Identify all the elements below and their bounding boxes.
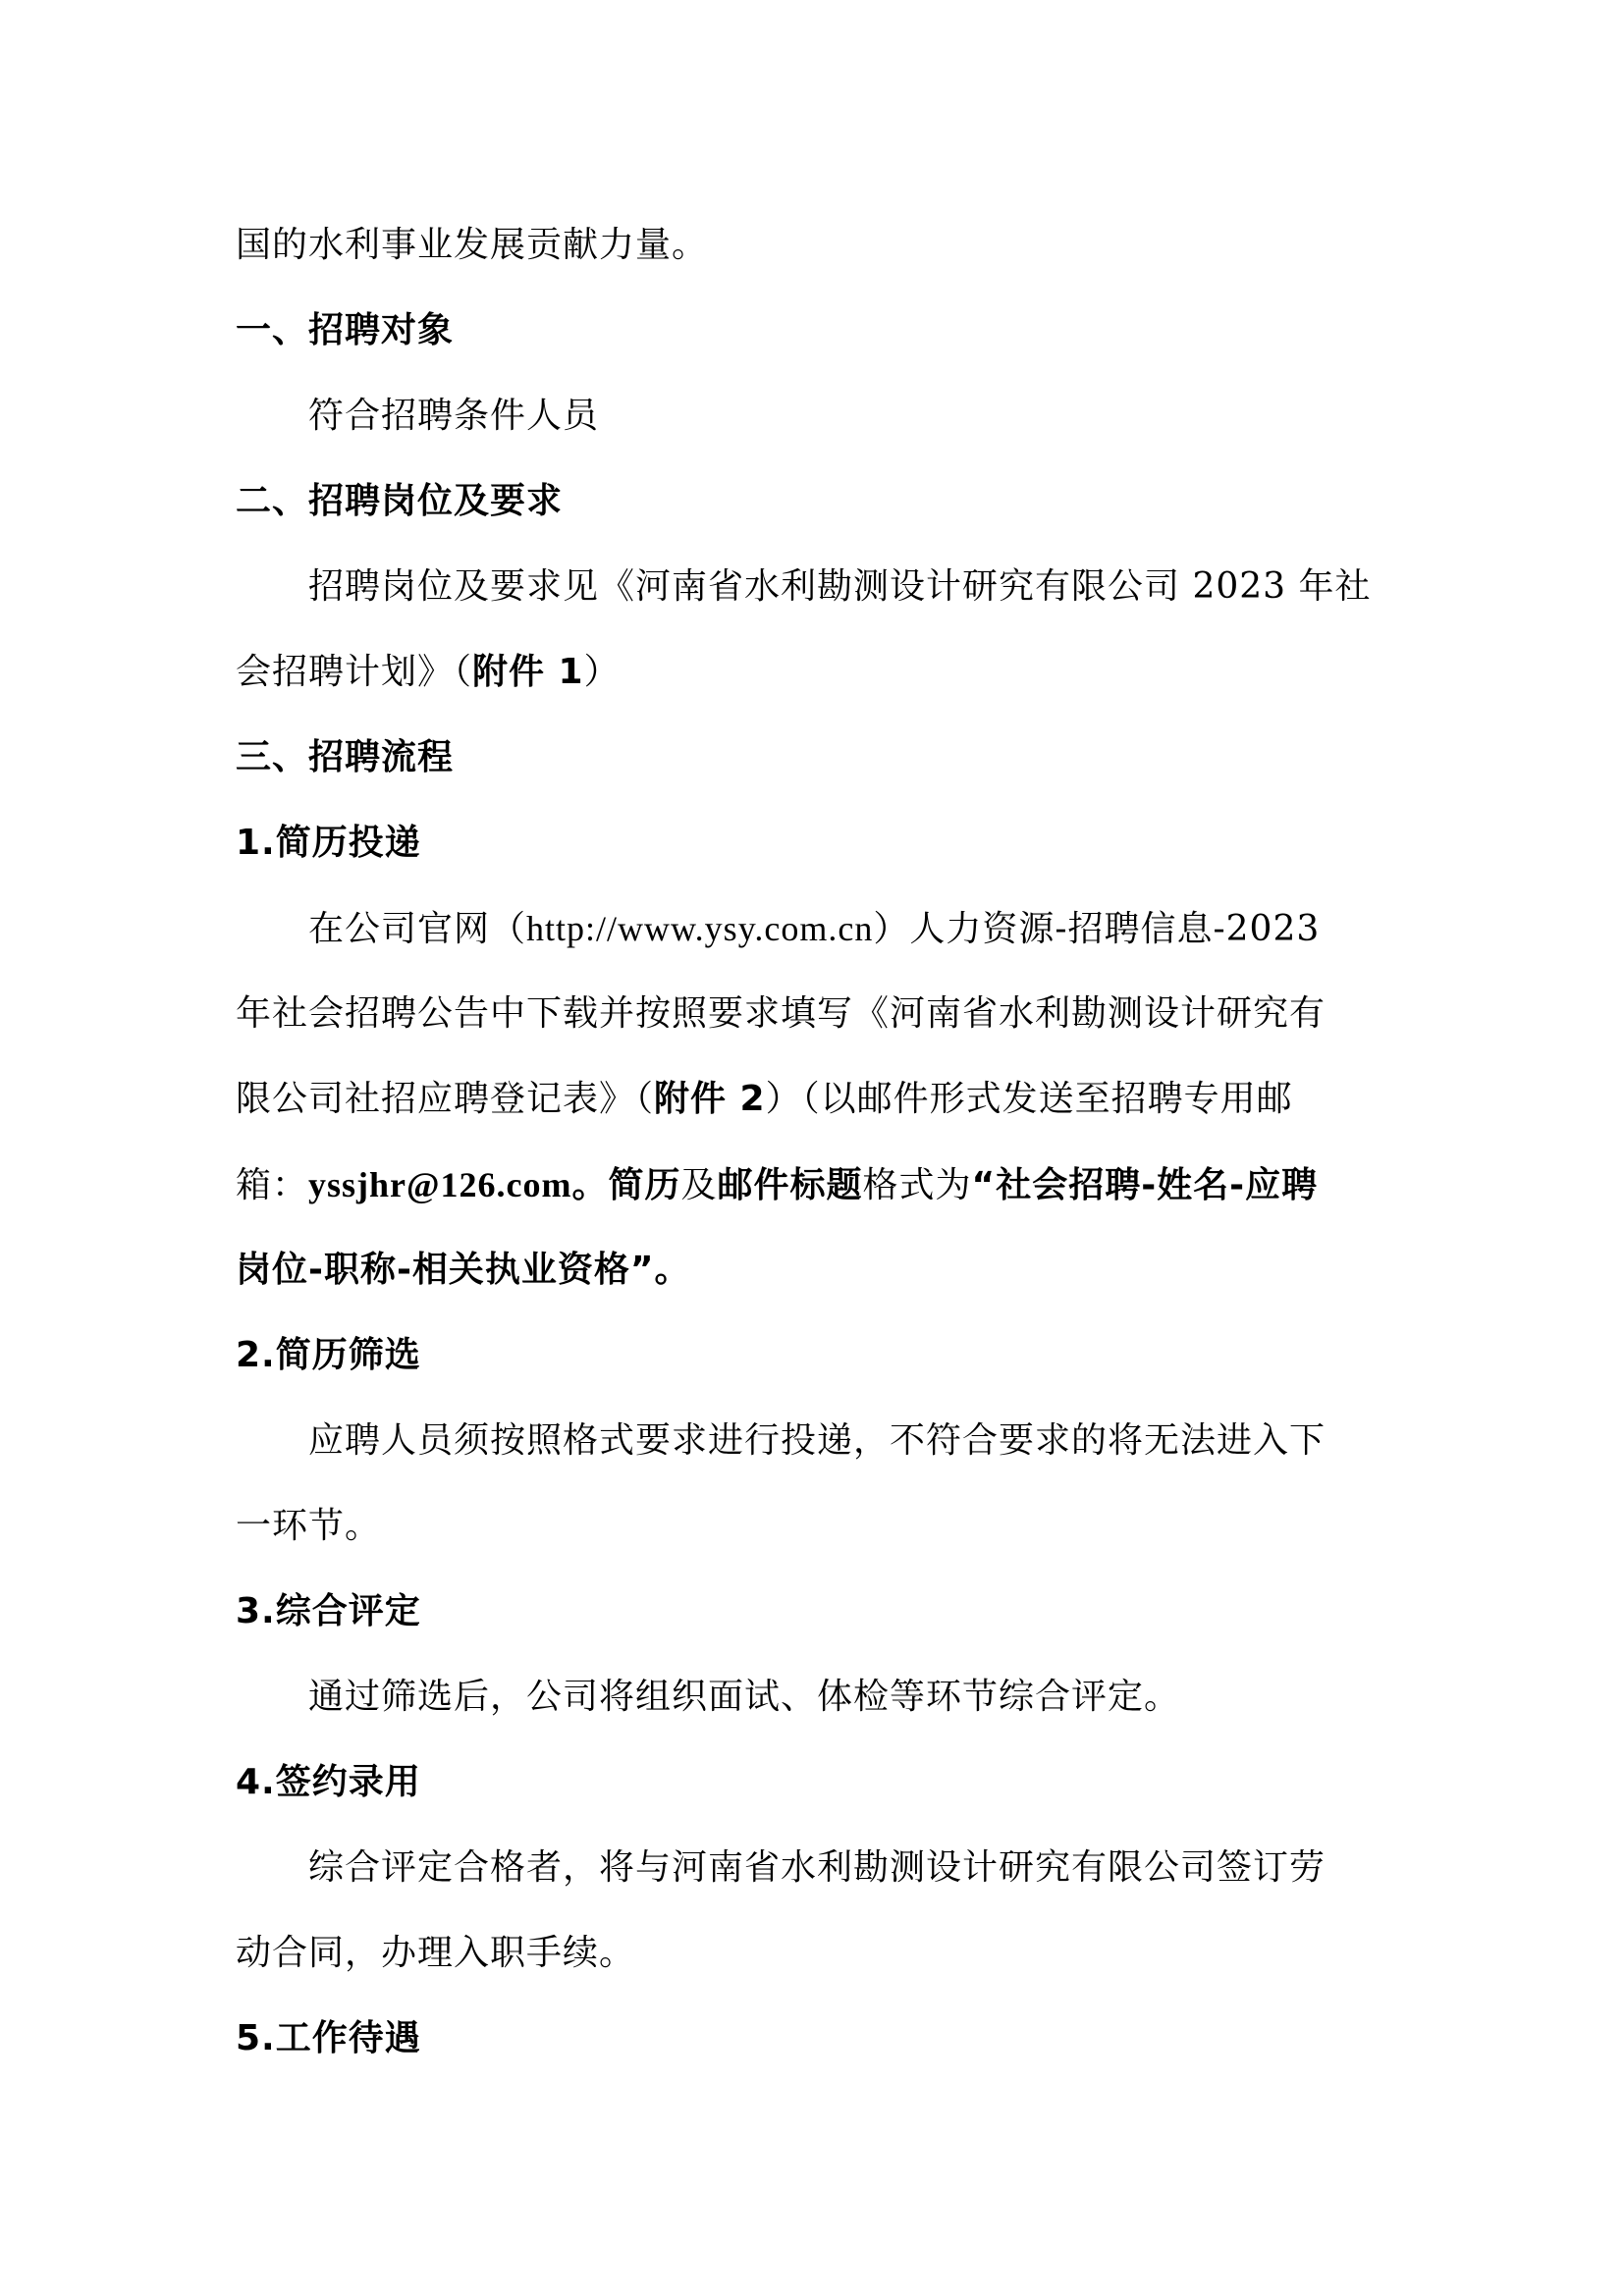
heading-text: 5.工作待遇 <box>236 2018 421 2058</box>
heading-text: 2.简历筛选 <box>236 1335 421 1375</box>
heading-text: 1.简历投递 <box>236 823 421 863</box>
text: 及 <box>681 1165 718 1205</box>
text: ）人力资源-招聘信息-2023 <box>873 909 1320 949</box>
paragraph: 应聘人员须按照格式要求进行投递，不符合要求的将无法进入下 <box>308 1419 1477 1463</box>
paragraph: 招聘岗位及要求见《河南省水利勘测设计研究有限公司 2023 年社 <box>308 565 1477 609</box>
heading-text: 三、招聘流程 <box>236 737 454 777</box>
heading-text: 4.签约录用 <box>236 1762 421 1802</box>
text: 综合评定合格者，将与河南省水利勘测设计研究有限公司签订劳 <box>308 1847 1326 1888</box>
document-page: 国的水利事业发展贡献力量。 一、招聘对象 符合招聘条件人员 二、招聘岗位及要求 … <box>0 0 1624 2296</box>
paragraph-continuation: 箱：yssjhr@126.com。简历及邮件标题格式为“社会招聘-姓名-应聘 <box>236 1163 1404 1207</box>
subsection-heading-2: 2.简历筛选 <box>236 1334 1404 1377</box>
text: 招聘岗位及要求见《河南省水利勘测设计研究有限公司 2023 年社 <box>308 566 1372 607</box>
bold-text: 岗位-职称-相关执业资格”。 <box>236 1250 691 1290</box>
paragraph-continuation: 年社会招聘公告中下载并按照要求填写《河南省水利勘测设计研究有 <box>236 992 1404 1036</box>
text: 格式为 <box>863 1165 972 1205</box>
paragraph: 通过筛选后，公司将组织面试、体检等环节综合评定。 <box>308 1676 1477 1719</box>
paragraph: 符合招聘条件人员 <box>308 395 1477 438</box>
paragraph-continuation: 会招聘计划》（附件 1） <box>236 651 1404 694</box>
section-heading-3: 三、招聘流程 <box>236 736 1404 779</box>
attachment-reference: 附件 2 <box>654 1079 766 1119</box>
text: 应聘人员须按照格式要求进行投递，不符合要求的将无法进入下 <box>308 1420 1326 1461</box>
attachment-reference: 附件 1 <box>472 652 584 692</box>
heading-text: 一、招聘对象 <box>236 310 454 350</box>
bold-text: 邮件标题 <box>718 1165 863 1205</box>
paragraph-continuation: 一环节。 <box>236 1505 1404 1548</box>
section-heading-2: 二、招聘岗位及要求 <box>236 480 1404 523</box>
text: 通过筛选后，公司将组织面试、体检等环节综合评定。 <box>308 1677 1180 1717</box>
text: ）（以邮件形式发送至招聘专用邮 <box>766 1079 1293 1119</box>
text: 国的水利事业发展贡献力量。 <box>236 225 708 265</box>
text: 一环节。 <box>236 1506 381 1546</box>
subsection-heading-1: 1.简历投递 <box>236 822 1404 865</box>
subsection-heading-4: 4.签约录用 <box>236 1761 1404 1804</box>
paragraph-continuation: 限公司社招应聘登记表》（附件 2）（以邮件形式发送至招聘专用邮 <box>236 1078 1404 1121</box>
text: 年社会招聘公告中下载并按照要求填写《河南省水利勘测设计研究有 <box>236 993 1326 1034</box>
heading-text: 3.综合评定 <box>236 1591 421 1631</box>
bold-text: 。简历 <box>571 1165 680 1205</box>
paragraph-continuation: 岗位-职称-相关执业资格”。 <box>236 1249 1404 1292</box>
text: 箱： <box>236 1165 308 1205</box>
heading-text: 二、招聘岗位及要求 <box>236 481 563 521</box>
bold-text: “社会招聘-姓名-应聘 <box>972 1165 1319 1205</box>
text: 会招聘计划》（ <box>236 652 472 692</box>
paragraph: 在公司官网（http://www.ysy.com.cn）人力资源-招聘信息-20… <box>308 907 1477 951</box>
text: 动合同，办理入职手续。 <box>236 1933 635 1973</box>
section-heading-1: 一、招聘对象 <box>236 309 1404 352</box>
text: 在公司官网（ <box>308 909 526 949</box>
email-link[interactable]: yssjhr@126.com <box>308 1165 571 1204</box>
subsection-heading-3: 3.综合评定 <box>236 1590 1404 1633</box>
subsection-heading-5: 5.工作待遇 <box>236 2017 1404 2060</box>
text: 符合招聘条件人员 <box>308 396 599 436</box>
text: 限公司社招应聘登记表》（ <box>236 1079 654 1119</box>
text: ） <box>584 652 621 692</box>
paragraph-continuation: 动合同，办理入职手续。 <box>236 1932 1404 1975</box>
website-link[interactable]: http://www.ysy.com.cn <box>526 909 873 948</box>
paragraph: 综合评定合格者，将与河南省水利勘测设计研究有限公司签订劳 <box>308 1846 1477 1890</box>
paragraph-continuation: 国的水利事业发展贡献力量。 <box>236 224 1404 267</box>
